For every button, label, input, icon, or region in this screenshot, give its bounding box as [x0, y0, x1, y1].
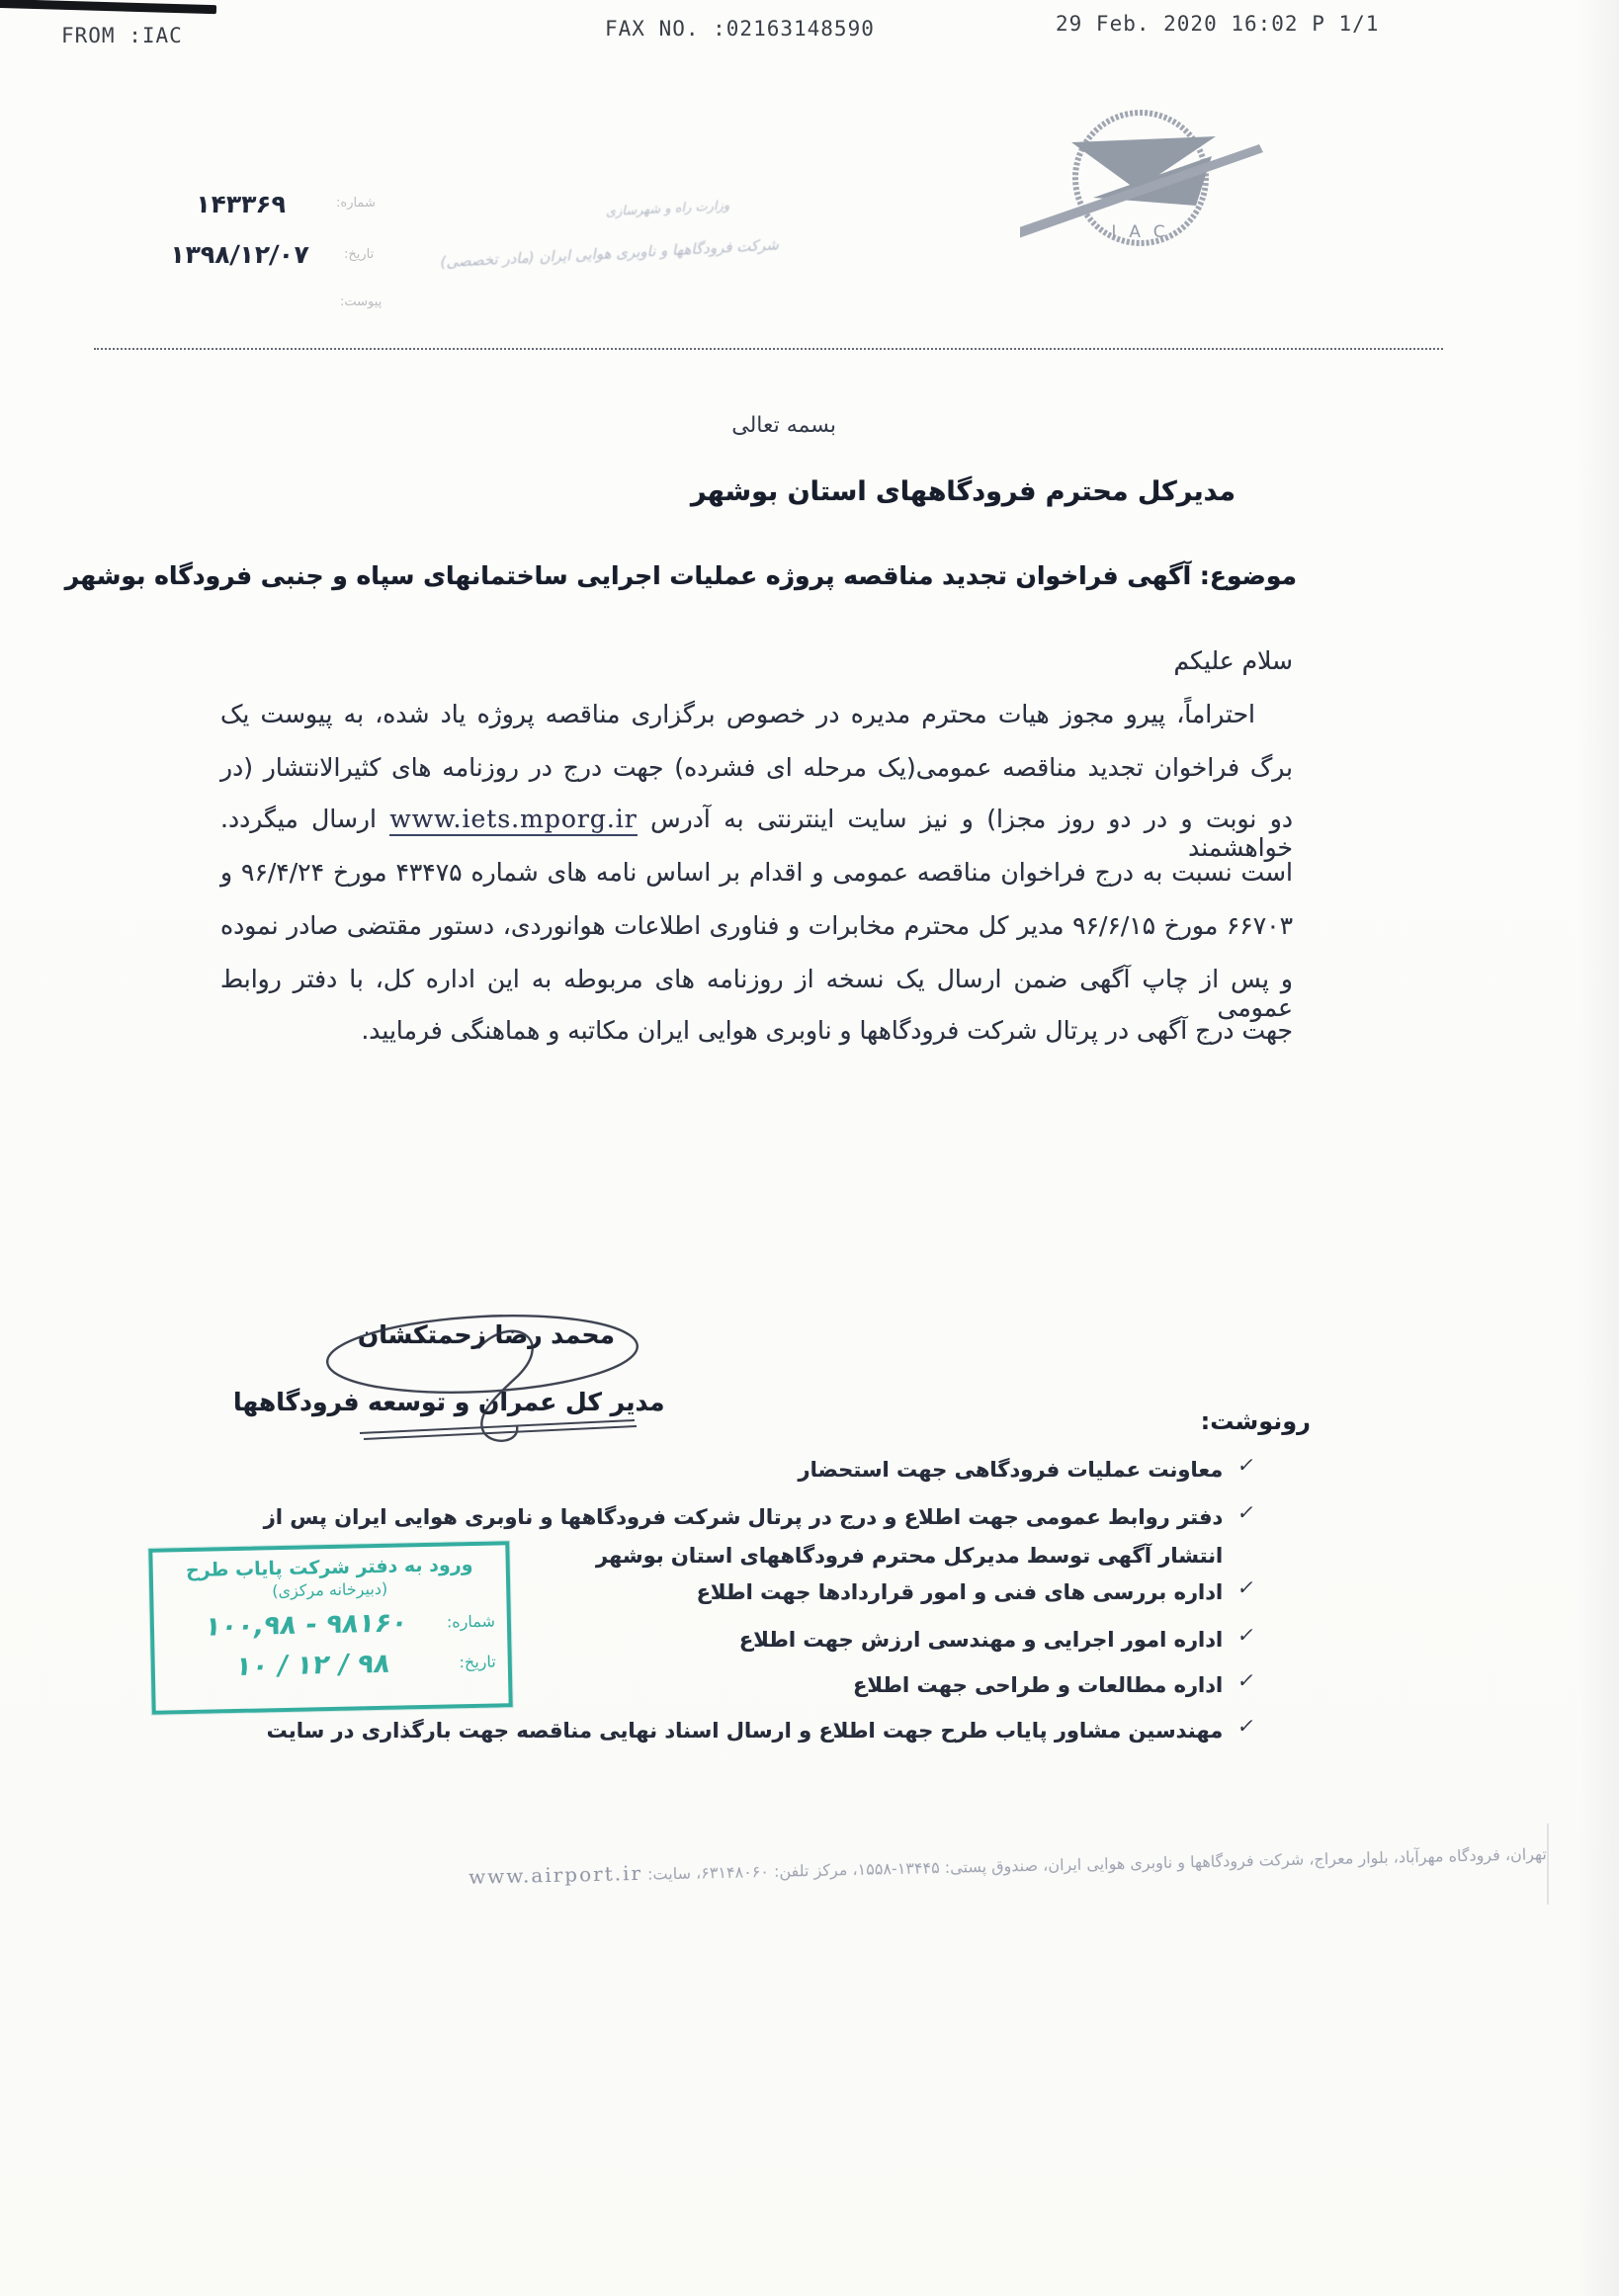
- stamp-number-row: شماره: ۹۸۱۶۰ - ۱۰۰,۹۸: [166, 1606, 496, 1644]
- body-line-4: است نسبت به درج فراخوان مناقصه عمومی و ا…: [220, 858, 1293, 887]
- stamp-date-label: تاریخ:: [459, 1653, 496, 1672]
- receipt-stamp: ورود به دفتر شرکت پایاب طرح (دبیرخانه مر…: [148, 1541, 512, 1715]
- letterhead-footer: تهران، فرودگاه مهرآباد، بلوار معراج، شرک…: [163, 1840, 1547, 1896]
- signature-scribble: [227, 1295, 692, 1468]
- iac-logo-graphic: IAC: [1020, 101, 1267, 259]
- check-icon: ✓: [1236, 1621, 1257, 1647]
- cc-item-5: اداره مطالعات و طراحی جهت اطلاع: [853, 1666, 1223, 1705]
- subject-heading: موضوع: آگهی فراخوان تجدید مناقصه پروژه ع…: [65, 561, 1297, 590]
- tender-website-url: www.iets.mporg.ir: [389, 805, 637, 836]
- signature-block: محمد رضا زحمتکشان مدیر کل عمران و توسعه …: [227, 1295, 692, 1468]
- ministry-title: وزارت راه و شهرسازی: [581, 197, 755, 220]
- fax-datetime: 29 Feb. 2020 16:02 P 1/1: [1056, 12, 1379, 36]
- cc-item-3: اداره بررسی های فنی و امور قراردادها جهت…: [697, 1573, 1224, 1612]
- stamp-number-value: ۹۸۱۶۰ - ۱۰۰,۹۸: [164, 1606, 450, 1643]
- letter-number-label: شماره:: [336, 196, 376, 211]
- stamp-date-value: ۹۸ / ۱۲ / ۱۰: [164, 1647, 462, 1683]
- cc-row-3: ✓ اداره بررسی های فنی و امور قراردادها ج…: [697, 1573, 1255, 1612]
- body-line-3-text: دو نوبت و در دو روز مجزا) و نیز سایت این…: [650, 805, 1293, 833]
- check-icon: ✓: [1236, 1666, 1257, 1692]
- cc-row-1: ✓ معاونت عملیات فرودگاهی جهت استحضار: [799, 1451, 1255, 1489]
- signature-underline-1: [360, 1420, 635, 1433]
- footer-address: تهران، فرودگاه مهرآباد، بلوار معراج، شرک…: [647, 1844, 1547, 1884]
- check-icon: ✓: [1236, 1498, 1257, 1524]
- recipient-heading: مدیرکل محترم فرودگاههای استان بوشهر: [691, 476, 1236, 507]
- letter-number-value: ۱۴۳۳۶۹: [195, 190, 288, 218]
- body-line-1: احتراماً، پیرو مجوز هیات محترم مدیره در …: [220, 700, 1293, 728]
- basmala: بسمه تعالی: [731, 413, 836, 438]
- body-line-5: ۶۶۷۰۳ مورخ ۹۶/۶/۱۵ مدیر کل محترم مخابرات…: [220, 911, 1293, 940]
- check-icon: ✓: [1236, 1712, 1257, 1738]
- check-icon: ✓: [1236, 1573, 1257, 1599]
- cc-label: رونوشت:: [1201, 1407, 1311, 1435]
- signature-ellipse: [325, 1309, 639, 1400]
- letter-attachment-label: پیوست:: [340, 295, 382, 309]
- fax-from: FROM :IAC: [61, 24, 183, 47]
- cc-row-5: ✓ اداره مطالعات و طراحی جهت اطلاع: [853, 1666, 1255, 1705]
- cc-item-1: معاونت عملیات فرودگاهی جهت استحضار: [799, 1451, 1224, 1489]
- scan-streak: [1547, 1824, 1549, 1905]
- scan-edge-artifact: [0, 0, 216, 14]
- scan-edge-shade: [1577, 0, 1619, 2296]
- fax-number: FAX NO. :02163148590: [605, 17, 875, 41]
- cc-item-4: اداره امور اجرایی و مهندسی ارزش جهت اطلا…: [739, 1621, 1223, 1659]
- company-title: شرکت فرودگاهها و ناوبری هوایی ایران (ماد…: [492, 235, 780, 268]
- signature-underline-2: [364, 1426, 637, 1439]
- stamp-number-label: شماره:: [447, 1612, 495, 1632]
- logo-letters: IAC: [1111, 222, 1177, 242]
- stamp-date-row: تاریخ: ۹۸ / ۱۲ / ۱۰: [166, 1647, 496, 1684]
- body-line-2: برگ فراخوان تجدید مناقصه عمومی(یک مرحله …: [220, 753, 1293, 782]
- signature-loop: [478, 1331, 533, 1441]
- letter-date-label: تاریخ:: [344, 247, 374, 262]
- cc-item-6: مهندسین مشاور پایاب طرح جهت اطلاع و ارسا…: [267, 1712, 1224, 1750]
- iac-logo: IAC: [1020, 101, 1267, 263]
- letterhead-separator: [94, 348, 1443, 350]
- cc-row-6: ✓ مهندسین مشاور پایاب طرح جهت اطلاع و ار…: [267, 1712, 1255, 1750]
- letter-date-value: ۱۳۹۸/۱۲/۰۷: [169, 240, 310, 269]
- body-line-3: دو نوبت و در دو روز مجزا) و نیز سایت این…: [220, 805, 1293, 862]
- cc-row-4: ✓ اداره امور اجرایی و مهندسی ارزش جهت اط…: [739, 1621, 1255, 1659]
- footer-website: www.airport.ir: [469, 1861, 642, 1889]
- check-icon: ✓: [1236, 1451, 1257, 1477]
- body-line-7: جهت درج آگهی در پرتال شرکت فرودگاهها و ن…: [220, 1016, 1293, 1045]
- salutation: سلام علیکم: [220, 646, 1293, 675]
- fax-scan-page: { "fax_header": { "from": "FROM :IAC", "…: [0, 0, 1619, 2296]
- body-line-6: و پس از چاپ آگهی ضمن ارسال یک نسخه از رو…: [220, 965, 1293, 1022]
